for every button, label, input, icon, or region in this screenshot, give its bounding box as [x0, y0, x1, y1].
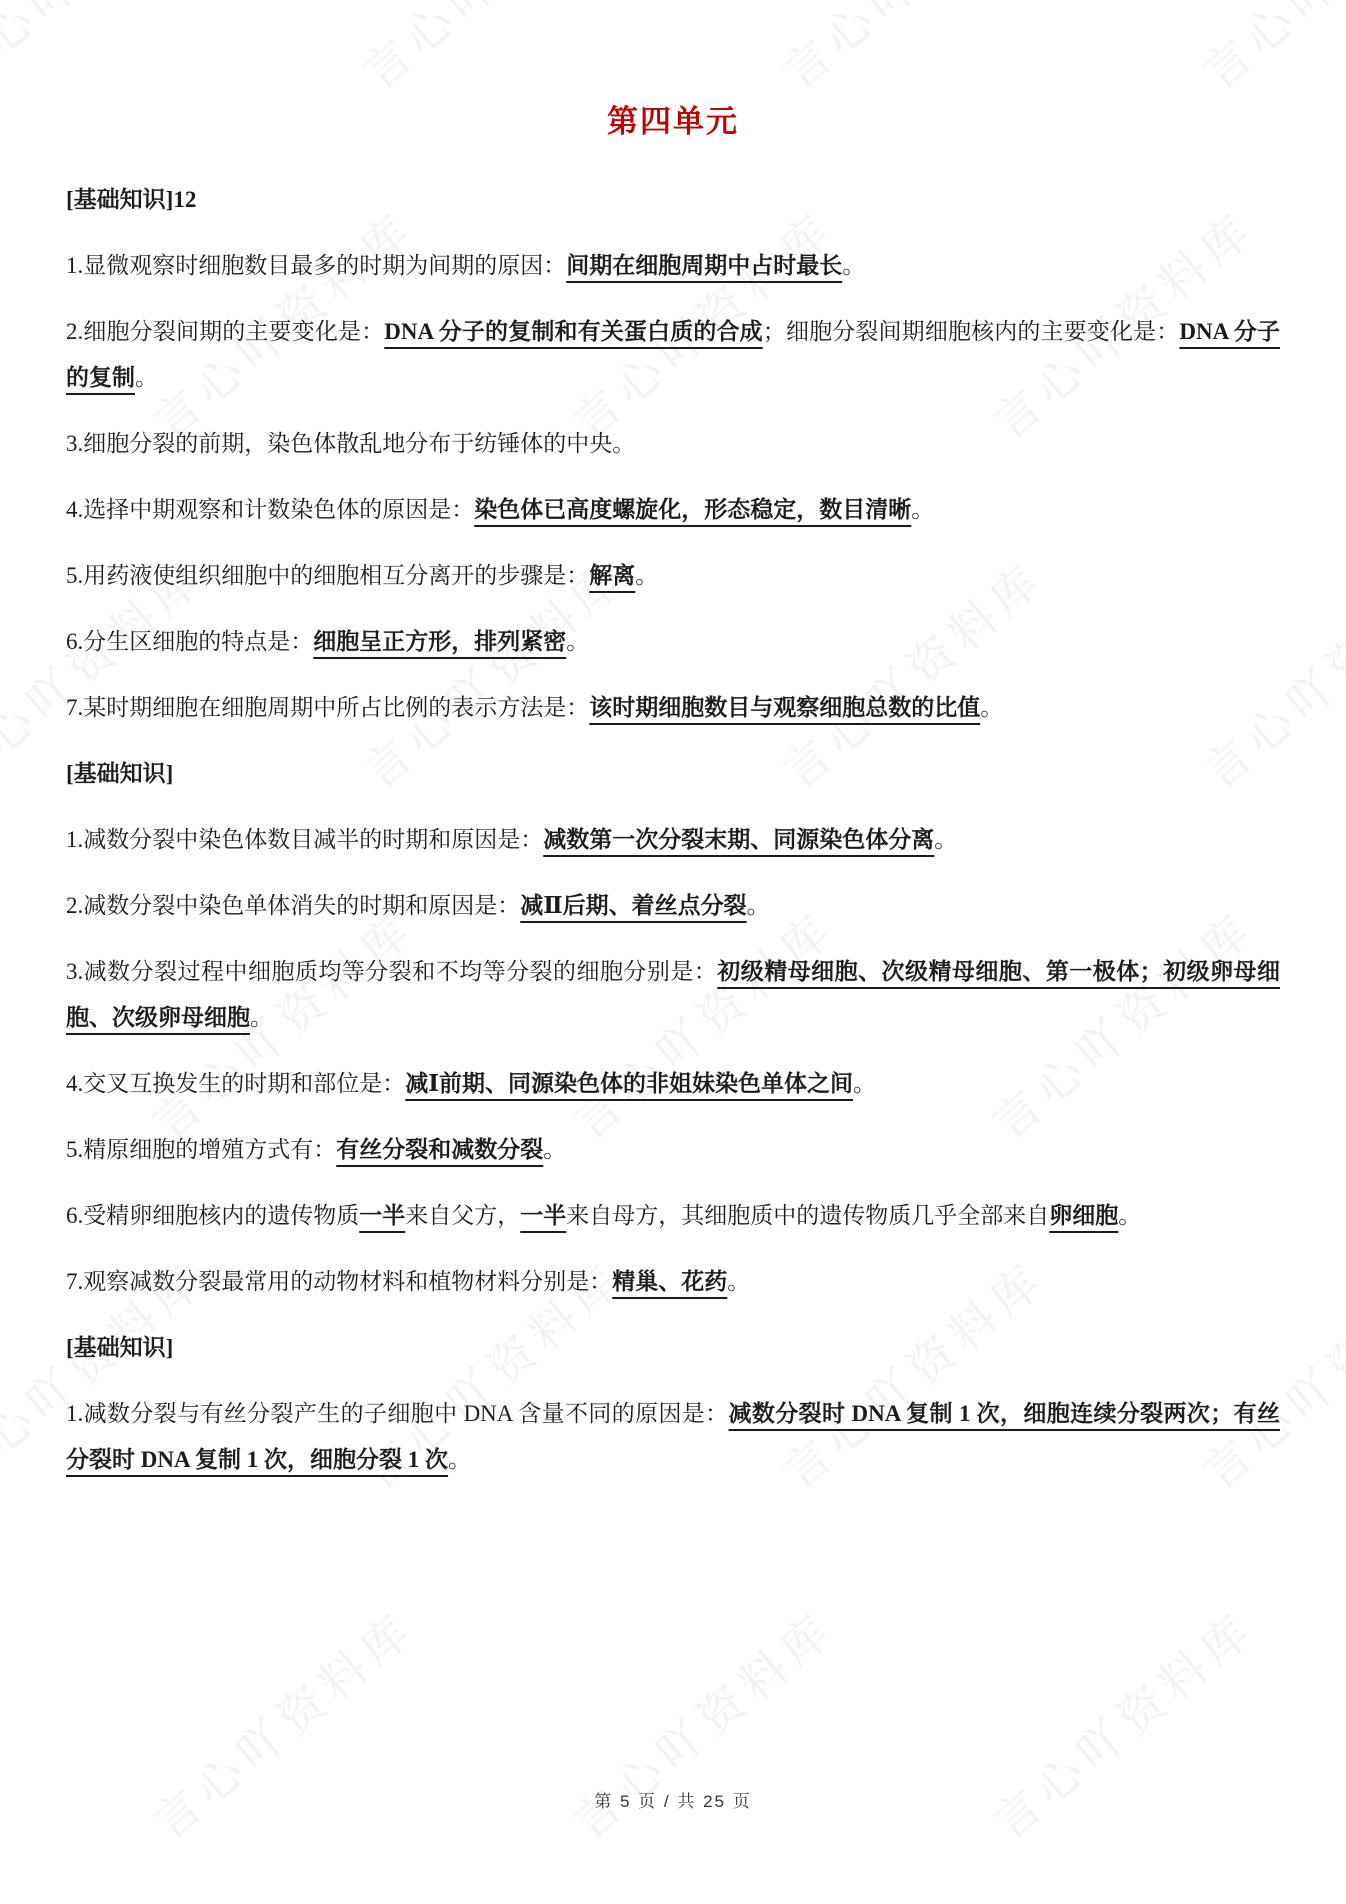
section-header: [基础知识]12 [66, 177, 1280, 223]
answer-underline: 细胞呈正方形，排列紧密 [313, 629, 566, 654]
list-item: 7.观察减数分裂最常用的动物材料和植物材料分别是：精巢、花药。 [66, 1259, 1280, 1305]
answer-underline: 减数第一次分裂末期、同源染色体分离 [543, 827, 934, 852]
question-text: 7.观察减数分裂最常用的动物材料和植物材料分别是： [66, 1269, 612, 1294]
page-title: 第四单元 [0, 0, 1346, 141]
list-item: 1.减数分裂中染色体数目减半的时期和原因是：减数第一次分裂末期、同源染色体分离。 [66, 817, 1280, 863]
question-text: 来自父方， [405, 1203, 520, 1228]
question-text: 2.减数分裂中染色单体消失的时期和原因是： [66, 893, 520, 918]
answer-underline: 间期在细胞周期中占时最长 [566, 253, 842, 278]
question-text: 。 [727, 1269, 750, 1294]
question-text: 。 [842, 253, 865, 278]
document-page: 言心吖资料库言心吖资料库言心吖资料库言心吖资料库言心吖资料库言心吖资料库言心吖资… [0, 0, 1346, 1904]
question-text: 6.受精卵细胞核内的遗传物质 [66, 1203, 359, 1228]
question-text: 。 [934, 827, 957, 852]
question-text: 1.减数分裂中染色体数目减半的时期和原因是： [66, 827, 543, 852]
question-text: ；细胞分裂间期细胞核内的主要变化是： [763, 319, 1180, 344]
question-text: 。 [980, 695, 1003, 720]
section-header: [基础知识] [66, 751, 1280, 797]
question-text: 3.减数分裂过程中细胞质均等分裂和不均等分裂的细胞分别是： [66, 959, 717, 984]
answer-underline: 有丝分裂和减数分裂 [336, 1137, 543, 1162]
answer-underline: 解离 [589, 563, 635, 588]
question-text: 。 [747, 893, 770, 918]
page-number-text: 第 5 页 / 共 25 页 [594, 1792, 751, 1811]
question-text: 。 [250, 1005, 273, 1030]
question-text: 2.细胞分裂间期的主要变化是： [66, 319, 384, 344]
list-item: 3.细胞分裂的前期，染色体散乱地分布于纺锤体的中央。 [66, 421, 1280, 467]
question-text: 来自母方，其细胞质中的遗传物质几乎全部来自 [566, 1203, 1049, 1228]
question-text: 5.精原细胞的增殖方式有： [66, 1137, 336, 1162]
answer-underline: 染色体已高度螺旋化，形态稳定，数目清晰 [474, 497, 911, 522]
list-item: 7.某时期细胞在细胞周期中所占比例的表示方法是：该时期细胞数目与观察细胞总数的比… [66, 685, 1280, 731]
question-text: 1.减数分裂与有丝分裂产生的子细胞中 DNA 含量不同的原因是： [66, 1401, 729, 1426]
question-text: 3.细胞分裂的前期，染色体散乱地分布于纺锤体的中央。 [66, 431, 635, 456]
section-header: [基础知识] [66, 1325, 1280, 1371]
list-item: 2.细胞分裂间期的主要变化是：DNA 分子的复制和有关蛋白质的合成；细胞分裂间期… [66, 309, 1280, 401]
list-item: 1.显微观察时细胞数目最多的时期为间期的原因：间期在细胞周期中占时最长。 [66, 243, 1280, 289]
question-text: 。 [448, 1447, 471, 1472]
list-item: 6.分生区细胞的特点是：细胞呈正方形，排列紧密。 [66, 619, 1280, 665]
answer-underline: 减Ⅰ前期、同源染色体的非姐妹染色单体之间 [405, 1071, 853, 1096]
question-text: 6.分生区细胞的特点是： [66, 629, 313, 654]
question-text: 4.选择中期观察和计数染色体的原因是： [66, 497, 474, 522]
question-text: 。 [543, 1137, 566, 1162]
watermark-text: 言心吖资料库 [557, 1594, 848, 1853]
answer-underline: 一半 [359, 1203, 405, 1228]
answer-underline: 该时期细胞数目与观察细胞总数的比值 [589, 695, 980, 720]
answer-underline: 一半 [520, 1203, 566, 1228]
question-text: 。 [853, 1071, 876, 1096]
question-text: 7.某时期细胞在细胞周期中所占比例的表示方法是： [66, 695, 589, 720]
list-item: 6.受精卵细胞核内的遗传物质一半来自父方，一半来自母方，其细胞质中的遗传物质几乎… [66, 1193, 1280, 1239]
question-text: 。 [635, 563, 658, 588]
question-text: 。 [1118, 1203, 1141, 1228]
watermark-text: 言心吖资料库 [137, 1594, 428, 1853]
list-item: 2.减数分裂中染色单体消失的时期和原因是：减Ⅱ后期、着丝点分裂。 [66, 883, 1280, 929]
answer-underline: 卵细胞 [1049, 1203, 1118, 1228]
list-item: 4.选择中期观察和计数染色体的原因是：染色体已高度螺旋化，形态稳定，数目清晰。 [66, 487, 1280, 533]
question-text: 4.交叉互换发生的时期和部位是： [66, 1071, 405, 1096]
list-item: 3.减数分裂过程中细胞质均等分裂和不均等分裂的细胞分别是：初级精母细胞、次级精母… [66, 949, 1280, 1041]
question-text: 1.显微观察时细胞数目最多的时期为间期的原因： [66, 253, 566, 278]
question-text: 。 [911, 497, 934, 522]
watermark-text: 言心吖资料库 [977, 1594, 1268, 1853]
question-text: 。 [135, 365, 158, 390]
answer-underline: DNA 分子的复制和有关蛋白质的合成 [384, 319, 763, 344]
list-item: 4.交叉互换发生的时期和部位是：减Ⅰ前期、同源染色体的非姐妹染色单体之间。 [66, 1061, 1280, 1107]
answer-underline: 精巢、花药 [612, 1269, 727, 1294]
document-content: [基础知识]121.显微观察时细胞数目最多的时期为间期的原因：间期在细胞周期中占… [66, 177, 1280, 1483]
list-item: 5.精原细胞的增殖方式有：有丝分裂和减数分裂。 [66, 1127, 1280, 1173]
list-item: 5.用药液使组织细胞中的细胞相互分离开的步骤是：解离。 [66, 553, 1280, 599]
question-text: 。 [566, 629, 589, 654]
answer-underline: 减Ⅱ后期、着丝点分裂 [520, 893, 746, 918]
page-footer: 第 5 页 / 共 25 页 [0, 1787, 1346, 1812]
list-item: 1.减数分裂与有丝分裂产生的子细胞中 DNA 含量不同的原因是：减数分裂时 DN… [66, 1391, 1280, 1483]
question-text: 5.用药液使组织细胞中的细胞相互分离开的步骤是： [66, 563, 589, 588]
